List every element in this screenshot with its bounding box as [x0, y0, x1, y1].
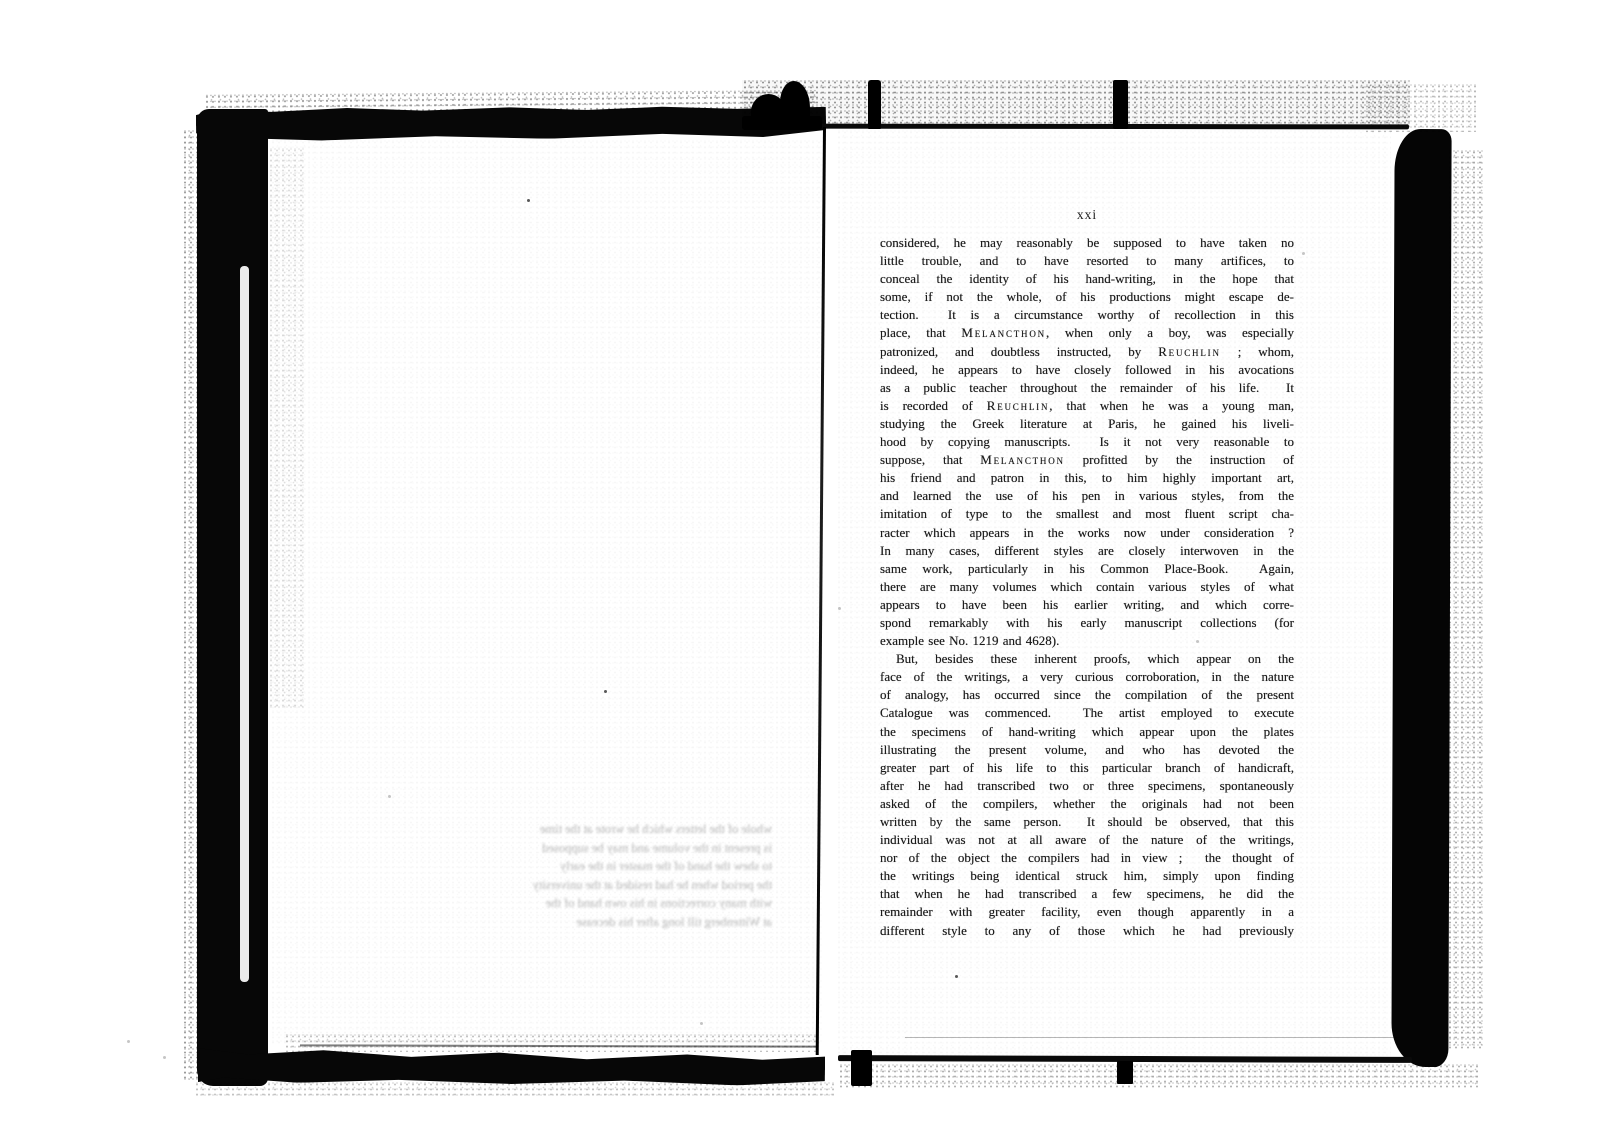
scan-top-noise-band: [742, 80, 1410, 126]
text-line: greater part of his life to this particu…: [880, 759, 1294, 777]
text-line: remainder with greater facility, even th…: [880, 903, 1294, 921]
text-line: hood by copying manuscripts. Is it not v…: [880, 433, 1294, 451]
text-line: individual was not at all aware of the n…: [880, 831, 1294, 849]
binding-tab: [1113, 80, 1128, 129]
scan-frame-bottom-fuzz: [194, 1082, 836, 1098]
scan-dot: [527, 199, 530, 202]
paragraph-2: But, besides these inherent proofs, whic…: [880, 650, 1294, 940]
scan-dot: [1302, 252, 1305, 255]
showthrough-line: to shew the hand of the master in the ea…: [380, 857, 772, 876]
scan-frame-left-highlight: [240, 266, 249, 982]
text-line: considered, he may reasonably be suppose…: [880, 234, 1294, 252]
text-line: spond remarkably with his early manuscri…: [880, 614, 1294, 632]
text-line: of analogy, has occurred since the compi…: [880, 686, 1294, 704]
text-line: But, besides these inherent proofs, whic…: [880, 650, 1294, 668]
text-line: some, if not the whole, of his productio…: [880, 288, 1294, 306]
scan-scratch: [905, 1037, 1397, 1038]
text-line: there are many volumes which contain var…: [880, 578, 1294, 596]
text-line: written by the same person. It should be…: [880, 813, 1294, 831]
text-line: patronized, and doubtless instructed, by…: [880, 343, 1294, 361]
scan-dot: [1196, 640, 1199, 643]
scan-dot: [163, 1056, 166, 1059]
showthrough-line: with many corrections in his own hand of…: [380, 894, 772, 913]
scan-frame-left: [197, 109, 268, 1086]
text-line: asked of the compilers, whether the orig…: [880, 795, 1294, 813]
left-page: whole of the letters which he wrote at t…: [270, 140, 822, 1045]
text-line: as a public teacher throughout the remai…: [880, 379, 1294, 397]
scan-frame-left-fuzz: [182, 130, 199, 1080]
showthrough-text: whole of the letters which he wrote at t…: [380, 820, 772, 931]
binding-tab: [851, 1050, 872, 1086]
binding-tab: [1117, 1061, 1133, 1084]
scan-dot: [838, 607, 841, 610]
text-line: conceal the identity of his hand-writing…: [880, 270, 1294, 288]
text-line: indeed, he appears to have closely follo…: [880, 361, 1294, 379]
text-line: Catalogue was commenced. The artist empl…: [880, 704, 1294, 722]
text-line: racter which appears in the works now un…: [880, 524, 1294, 542]
page-top-edge-line: [813, 124, 1409, 130]
text-line: suppose, that Melancthon profitted by th…: [880, 451, 1294, 469]
text-line: the writings being identical struck him,…: [880, 867, 1294, 885]
scan-frame-right-fuzz: [1364, 84, 1478, 132]
text-line: place, that Melancthon, when only a boy,…: [880, 324, 1294, 342]
binding-tab: [868, 80, 881, 129]
text-line: appears to have been his earlier writing…: [880, 596, 1294, 614]
text-line: face of the writings, a very curious cor…: [880, 668, 1294, 686]
text-line: illustrating the present volume, and who…: [880, 741, 1294, 759]
text-line: his friend and patron in this, to him hi…: [880, 469, 1294, 487]
page-text: considered, he may reasonably be suppose…: [880, 234, 1294, 940]
scan-dot: [700, 1022, 703, 1025]
scan-frame-inner-fuzz: [268, 148, 304, 708]
text-line: the specimens of hand-writing which appe…: [880, 723, 1294, 741]
scan-dot: [955, 975, 958, 978]
showthrough-line: whole of the letters which he wrote at t…: [380, 820, 772, 839]
paragraph-1: considered, he may reasonably be suppose…: [880, 234, 1294, 650]
text-line: after he had transcribed two or three sp…: [880, 777, 1294, 795]
text-line: example see No. 1219 and 4628).: [880, 632, 1294, 650]
showthrough-line: at Wittenberg till long after his deceas…: [380, 913, 772, 932]
scan-frame-right: [1391, 129, 1451, 1067]
scan-dot: [604, 690, 607, 693]
text-line: tection. It is a circumstance worthy of …: [880, 306, 1294, 324]
text-line: nor of the object the compilers had in v…: [880, 849, 1294, 867]
text-line: that when he had transcribed a few speci…: [880, 885, 1294, 903]
scan-frame-bottom-fuzz: [838, 1064, 1480, 1088]
scan-frame-right-fuzz: [1447, 150, 1485, 1050]
showthrough-line: the period when he had resided at the un…: [380, 876, 772, 895]
right-page: xxi considered, he may reasonably be sup…: [836, 130, 1391, 1056]
text-line: little trouble, and to have resorted to …: [880, 252, 1294, 270]
text-line: same work, particularly in his Common Pl…: [880, 560, 1294, 578]
showthrough-line: is present in the volume and may be supp…: [380, 839, 772, 858]
page-number: xxi: [880, 207, 1294, 223]
text-line: studying the Greek literature at Paris, …: [880, 415, 1294, 433]
scan-dot: [388, 795, 391, 798]
text-line: is recorded of Reuchlin, that when he wa…: [880, 397, 1294, 415]
scan-dot: [127, 1040, 130, 1043]
text-line: different style to any of those which he…: [880, 922, 1294, 940]
text-line: imitation of type to the smallest and mo…: [880, 505, 1294, 523]
scan-frame-bottom-left: [198, 1048, 825, 1086]
scan-frame-bottom-fuzz: [284, 1034, 816, 1052]
text-line: and learned the use of his pen in variou…: [880, 487, 1294, 505]
text-line: In many cases, different styles are clos…: [880, 542, 1294, 560]
book-scan: whole of the letters which he wrote at t…: [0, 0, 1599, 1129]
